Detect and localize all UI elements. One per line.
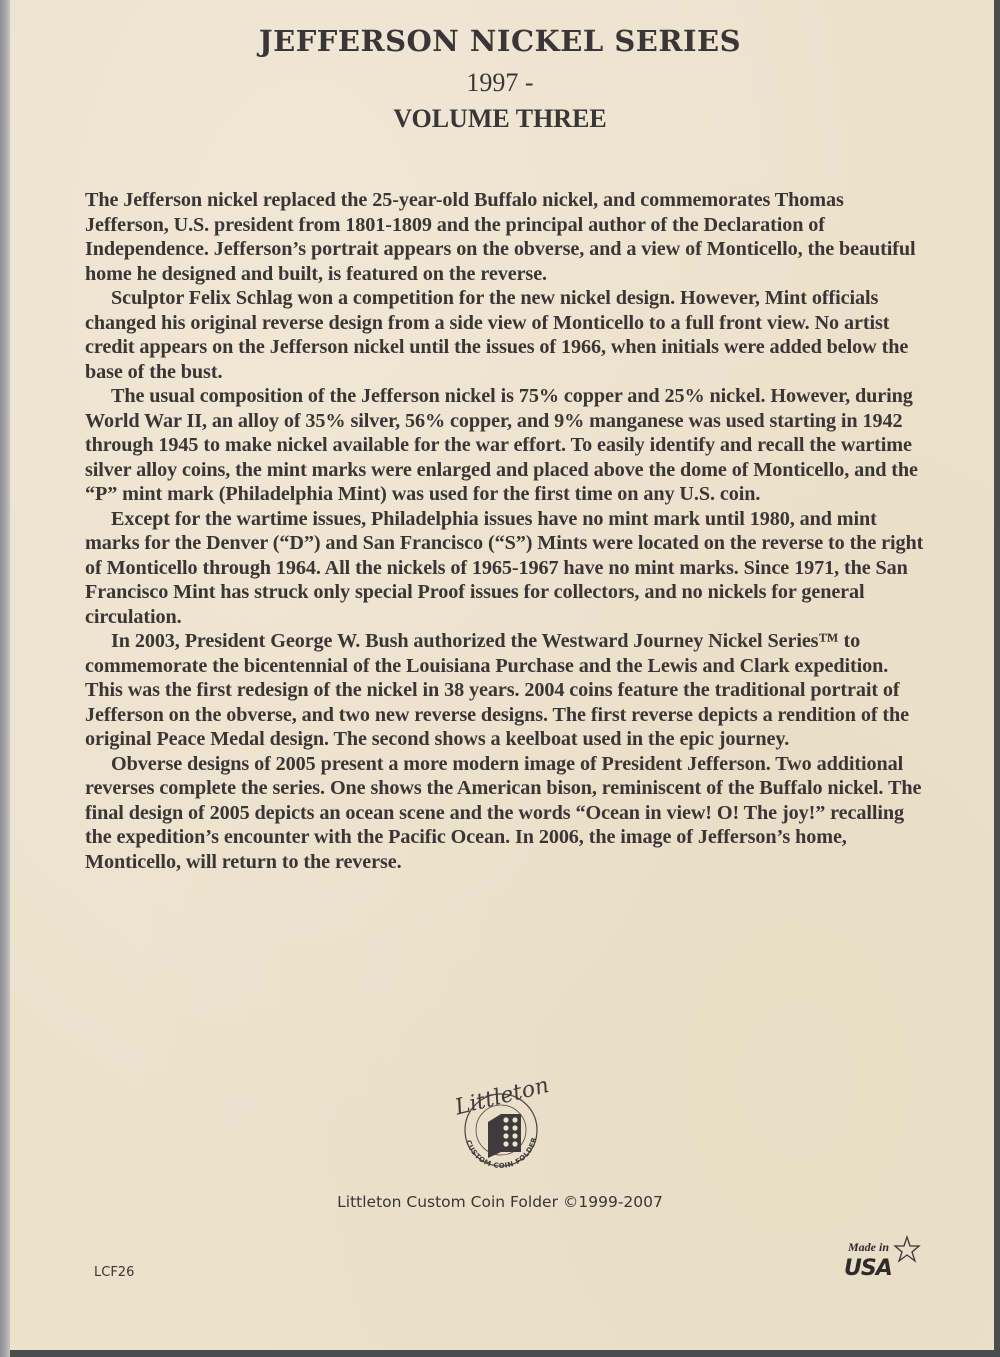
page-edge bbox=[0, 0, 10, 1357]
svg-text:Made in: Made in bbox=[847, 1240, 889, 1254]
paragraph-4: Except for the wartime issues, Philadelp… bbox=[85, 507, 925, 630]
svg-text:USA: USA bbox=[844, 1256, 892, 1280]
made-in-usa-badge: Made in USA bbox=[843, 1235, 923, 1280]
coin-folder-icon: Littleton CUSTOM COIN FOLDER bbox=[443, 1080, 555, 1172]
paragraph-1: The Jefferson nickel replaced the 25-yea… bbox=[85, 188, 925, 286]
copyright-text: Littleton Custom Coin Folder ©1999-2007 bbox=[0, 1193, 1000, 1211]
product-code: LCF26 bbox=[94, 1265, 134, 1280]
series-year: 1997 - bbox=[0, 68, 1000, 98]
page-title: JEFFERSON NICKEL SERIES bbox=[0, 24, 1000, 58]
paragraph-6: Obverse designs of 2005 present a more m… bbox=[85, 752, 925, 875]
paragraph-3: The usual composition of the Jefferson n… bbox=[85, 384, 925, 507]
volume-label: VOLUME THREE bbox=[0, 104, 1000, 134]
description-text: The Jefferson nickel replaced the 25-yea… bbox=[85, 188, 925, 874]
littleton-logo: Littleton CUSTOM COIN FOLDER bbox=[443, 1080, 555, 1172]
star-icon bbox=[895, 1237, 919, 1261]
paragraph-2: Sculptor Felix Schlag won a competition … bbox=[85, 286, 925, 384]
paragraph-5: In 2003, President George W. Bush author… bbox=[85, 629, 925, 752]
